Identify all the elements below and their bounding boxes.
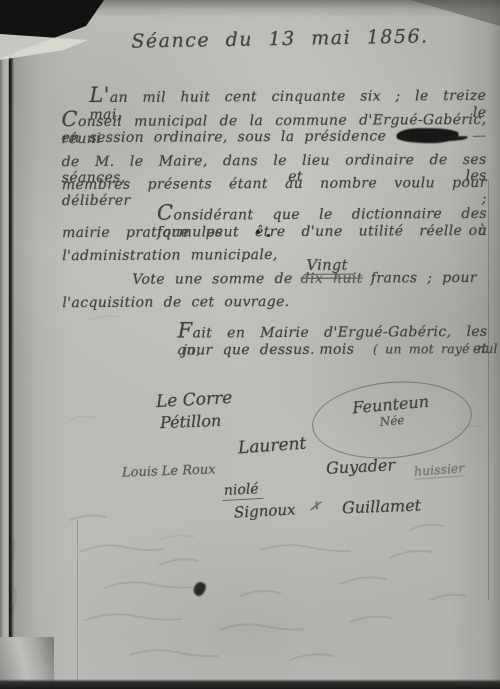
manuscript-line: l'administration municipale, [62,246,487,272]
signature-le-corre: Le Corre [156,388,233,412]
manuscript-line: L'an mil huit cent cinquante six ; le tr… [61,81,486,107]
manuscript-line: Fait en Mairie d'Ergué-Gabéric, les an, … [62,317,487,343]
signature-niole: niolé [222,481,264,501]
bottom-photo-edge [0,679,500,689]
manuscript-line: en session ordinaire, sous la présidence… [62,128,487,154]
struck-word-correction: Vingtdix huit [301,270,363,286]
manuscript-line: jour que dessus.( un mot rayé nul ) [63,340,488,366]
signature-signoux: Signoux [234,500,296,521]
manuscript-line-text: jour que dessus. [183,341,315,358]
register-page: Séance du 13 mai 1856. L'an mil huit cen… [10,0,500,689]
binding-gutter-shadow [8,0,14,689]
signature-feunteun: Feunteun [311,388,470,421]
cross-mark: ✗ [308,498,322,515]
signature-flourish-oval: Feunteun Née [309,375,475,465]
photo-of-register-page: Séance du 13 mai 1856. L'an mil huit cen… [0,0,500,689]
manuscript-line-text: francs ; pour [371,270,477,287]
ink-blot [396,128,458,143]
signature-petillon: Pétillon [160,411,222,432]
manuscript-line: Conseil municipal de la commune d'Ergué-… [61,104,486,130]
manuscript-line-text: en session ordinaire, sous la présidence [62,129,387,147]
manuscript-line: l'acquisition de cet ouvrage. [62,293,487,319]
page-edge-crease [488,180,489,600]
signature-laurent: Laurent [237,434,307,459]
struck-word: dix huit [301,270,363,286]
manuscript-line: mairie pratique peut être d'une utilité … [62,222,487,248]
signature-guyader-title: huissier [414,460,465,479]
marginal-note: ( un mot rayé nul ) [373,340,500,356]
trailing-dashes: — – [472,128,500,144]
page-fold-crease [77,520,78,689]
manuscript-body: L'an mil huit cent cinquante six ; le tr… [61,81,487,366]
signature-louis-le-roux: Louis Le Roux [122,462,216,480]
ink-dot [256,230,260,234]
manuscript-line: membres présents étant au nombre voulu p… [62,175,487,201]
seance-title: Séance du 13 mai 1856. [130,25,430,52]
signature-feunteun-sub: Née [313,407,472,435]
signature-guillamet: Guillamet [342,496,422,518]
manuscript-line-text: Vote une somme de [132,271,292,288]
manuscript-line: de M. le Maire, dans le lieu ordinaire d… [62,152,487,178]
ink-stain [192,580,208,597]
signature-guyader: Guyader [326,455,396,478]
manuscript-line: Vote une somme deVingtdix huitfrancs ; p… [62,270,487,296]
ink-dot [267,234,270,237]
